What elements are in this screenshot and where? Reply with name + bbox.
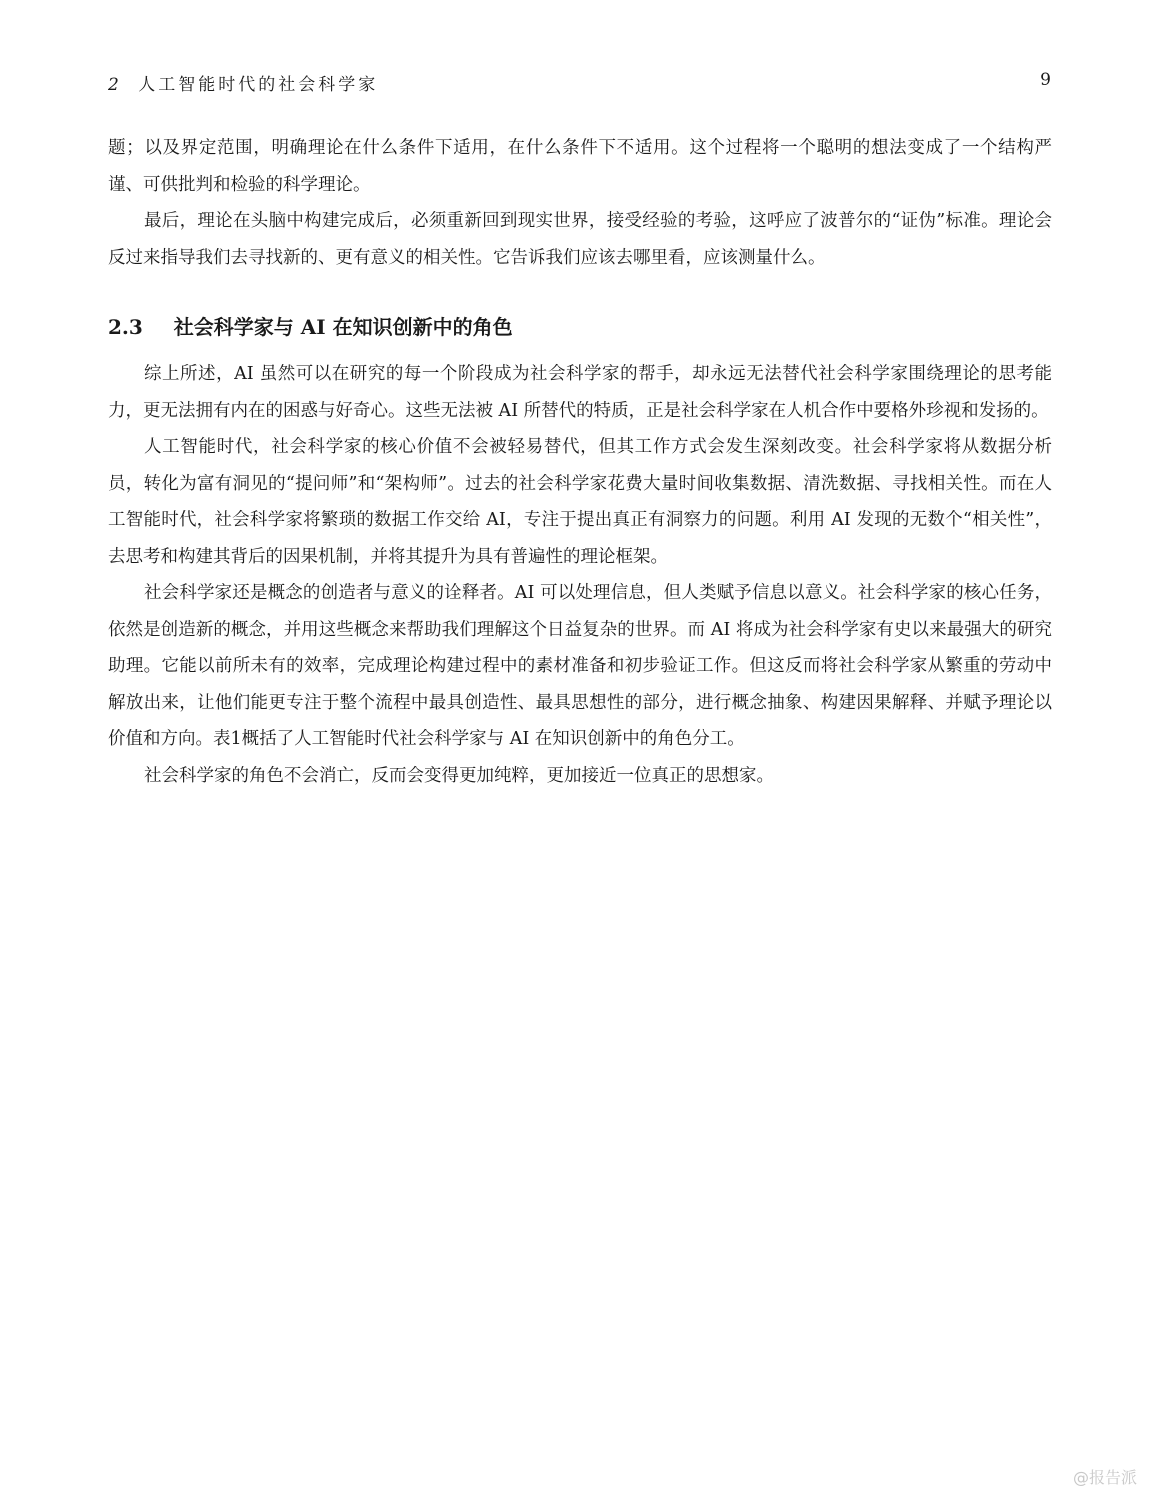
- section-heading: 2.3 社会科学家与 AI 在知识创新中的角色: [108, 312, 1052, 342]
- paragraph: 综上所述，AI 虽然可以在研究的每一个阶段成为社会科学家的帮手，却永远无法替代社…: [108, 356, 1052, 429]
- paragraph-continued: 题；以及界定范围，明确理论在什么条件下适用，在什么条件下不适用。这个过程将一个聪…: [108, 130, 1052, 203]
- running-header: 2 人工智能时代的社会科学家 9: [108, 70, 1051, 94]
- paragraph: 社会科学家的角色不会消亡，反而会变得更加纯粹，更加接近一位真正的思想家。: [108, 758, 1052, 795]
- header-chapter: 2 人工智能时代的社会科学家: [108, 70, 378, 95]
- paragraph: 社会科学家还是概念的创造者与意义的诠释者。AI 可以处理信息，但人类赋予信息以意…: [108, 575, 1052, 758]
- page-number: 9: [1040, 70, 1051, 90]
- page-body: 题；以及界定范围，明确理论在什么条件下适用，在什么条件下不适用。这个过程将一个聪…: [108, 130, 1052, 794]
- paragraph: 人工智能时代，社会科学家的核心价值不会被轻易替代，但其工作方式会发生深刻改变。社…: [108, 429, 1052, 575]
- chapter-number: 2: [108, 75, 119, 95]
- section-title: 社会科学家与 AI 在知识创新中的角色: [174, 315, 513, 339]
- paragraph: 最后，理论在头脑中构建完成后，必须重新回到现实世界，接受经验的考验，这呼应了波普…: [108, 203, 1052, 276]
- watermark: @报告派: [1073, 1465, 1137, 1488]
- chapter-title: 人工智能时代的社会科学家: [138, 75, 378, 95]
- section-number: 2.3: [108, 315, 143, 339]
